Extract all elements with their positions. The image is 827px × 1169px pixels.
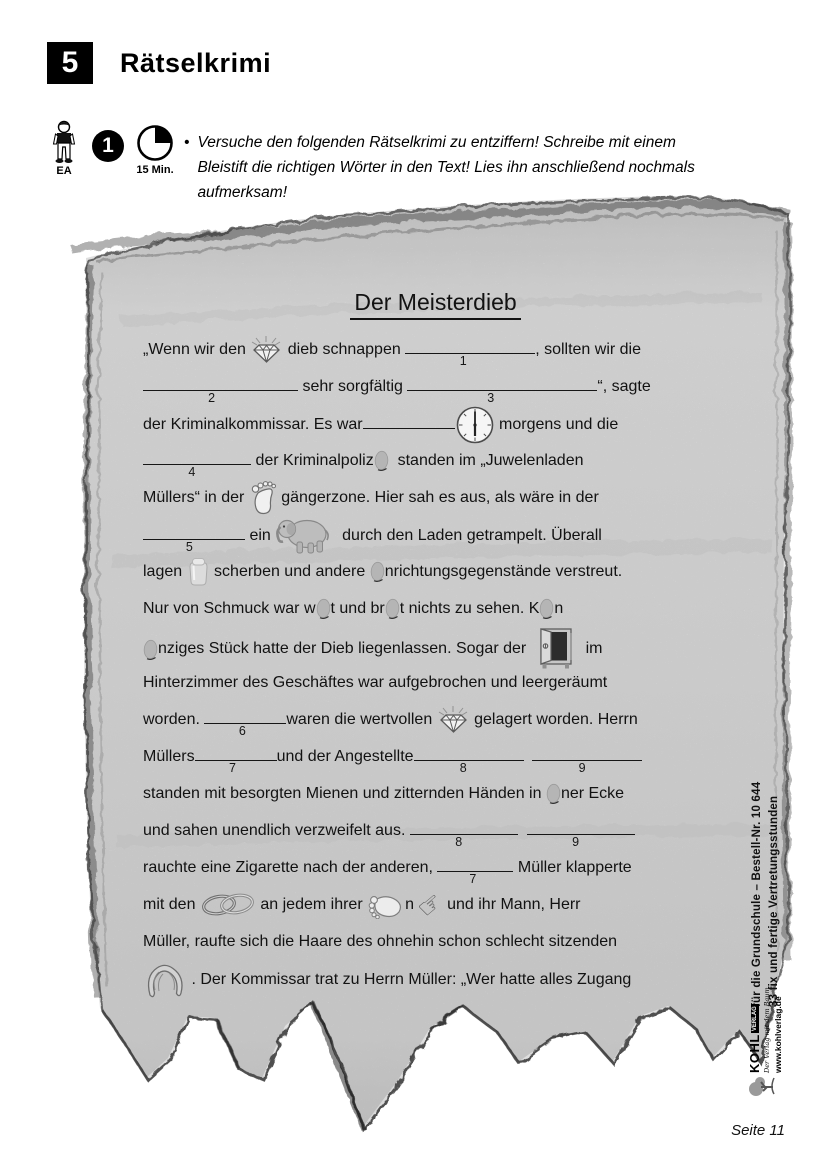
fill-in-blank: 9 (532, 745, 642, 761)
story-text: „Wenn wir den (143, 341, 250, 358)
fill-in-blank: 4 (143, 449, 251, 465)
blank-number: 9 (572, 835, 579, 849)
story-line: worden. 6waren die wertvollen gelagert w… (143, 701, 728, 738)
diamond-icon (437, 706, 470, 733)
story-line: Müllers“ in der gängerzone. Hier sah es … (143, 479, 728, 516)
story-text: nrichtungsgegenstände verstreut. (385, 563, 622, 580)
story-line: . Der Kommissar trat zu Herrn Müller: „W… (143, 960, 728, 997)
blank-number: 8 (460, 761, 467, 775)
story-line: lagen scherben und andere nrichtungsgege… (143, 553, 728, 590)
fill-in-blank: 1 (405, 338, 535, 354)
story-text: dieb schnappen (283, 341, 405, 358)
fill-in-blank (363, 413, 455, 429)
egg-icon (143, 639, 158, 660)
blank-number: 6 (239, 724, 246, 738)
fill-in-blank: 2 (143, 375, 298, 391)
story-line: standen mit besorgten Mienen und zittern… (143, 775, 728, 812)
fill-in-blank: 7 (195, 745, 277, 761)
story-text: sehr sorgfältig (298, 378, 407, 395)
story-line: „Wenn wir den dieb schnappen 1, sollten … (143, 331, 728, 368)
glass-icon (187, 557, 210, 586)
story-text (518, 822, 527, 839)
story-text: n (554, 600, 563, 617)
story-text: Müllers (143, 748, 195, 765)
story-text: gängerzone. Hier sah es aus, als wäre in… (277, 489, 599, 506)
story-text: nziges Stück hatte der Dieb liegenlassen… (158, 640, 531, 657)
page-number: Seite 11 (731, 1122, 785, 1139)
story-text: worden. (143, 711, 204, 728)
story-line: mit den an jedem ihrer n ☞ und ihr Mann,… (143, 886, 728, 923)
egg-icon (370, 561, 385, 582)
blank-number: 4 (188, 465, 195, 479)
story-text: Müllers“ in der (143, 489, 249, 506)
story-line: der Kriminalkommissar. Es war morgens un… (143, 405, 728, 442)
publisher-website: www.kohlverlag.de (773, 987, 783, 1073)
story-text: und sahen unendlich verzweifelt aus. (143, 822, 410, 839)
clock-icon (455, 405, 495, 445)
story-text: morgens und die (495, 416, 619, 433)
blank-number: 1 (460, 354, 467, 368)
diamond-icon (250, 336, 283, 363)
blank-number: 8 (455, 835, 462, 849)
story-text: der Kriminalkommissar. Es war (143, 416, 363, 433)
elephant-icon (275, 516, 333, 556)
story-text: ner Ecke (561, 785, 624, 802)
egg-icon (546, 783, 561, 804)
story-text: rauchte eine Zigarette nach der anderen, (143, 859, 437, 876)
blank-number: 7 (229, 761, 236, 775)
story: Der Meisterdieb „Wenn wir den dieb schna… (143, 284, 728, 997)
sidebar-order-number: für die Grundschule – Bestell-Nr. 10 644 (751, 782, 763, 1007)
story-text: scherben und andere (210, 563, 370, 580)
story-text: Müller, raufte sich die Haare des ohnehi… (143, 933, 617, 950)
publisher-tagline: Der Verlag mit dem Baum (763, 987, 771, 1073)
publisher-logo: KOHL VERLAG Der Verlag mit dem Baum www.… (747, 997, 797, 1097)
story-lines: „Wenn wir den dieb schnappen 1, sollten … (143, 331, 728, 997)
story-text: durch den Laden getrampelt. Überall (333, 527, 602, 544)
egg-icon (374, 450, 389, 471)
egg-icon (385, 598, 400, 619)
fill-in-blank: 8 (414, 745, 524, 761)
story-text: ein (245, 527, 275, 544)
story-title: Der Meisterdieb (143, 284, 728, 321)
story-line: 5 ein durch den Laden getrampelt. Überal… (143, 516, 728, 553)
blank-number: 9 (579, 761, 586, 775)
story-line: Müllers7und der Angestellte8 9 (143, 738, 728, 775)
fill-in-blank: 5 (143, 524, 245, 540)
story-line: Müller, raufte sich die Haare des ohnehi… (143, 923, 728, 960)
story-text: “, sagte (597, 378, 650, 395)
toupee-icon (143, 960, 187, 1000)
story-line: und sahen unendlich verzweifelt aus. 8 9 (143, 812, 728, 849)
blank-number: 7 (469, 872, 476, 886)
fill-in-blank: 3 (407, 375, 597, 391)
story-text: waren die wertvollen (286, 711, 436, 728)
blank-number: 3 (487, 391, 494, 405)
fill-in-blank: 6 (204, 708, 286, 724)
story-text: mit den (143, 896, 200, 913)
story-text: der Kriminalpoliz (251, 452, 374, 469)
story-line: Hinterzimmer des Geschäftes war aufgebro… (143, 664, 728, 701)
story-text: und der Angestellte (277, 748, 414, 765)
publisher-name-2: VERLAG (751, 1004, 759, 1033)
story-text (524, 748, 533, 765)
story-text: , sollten wir die (535, 341, 641, 358)
rings-icon (200, 891, 256, 919)
story-line: nziges Stück hatte der Dieb liegenlassen… (143, 627, 728, 664)
blank-number: 2 (208, 391, 215, 405)
story-line: rauchte eine Zigarette nach der anderen,… (143, 849, 728, 886)
story-text: an jedem ihrer (256, 896, 367, 913)
egg-icon (316, 598, 331, 619)
story-line: 4 der Kriminalpoliz standen im „Juwelenl… (143, 442, 728, 479)
story-text: Nur von Schmuck war w (143, 600, 316, 617)
tree-icon (747, 1075, 777, 1097)
story-text: t nichts zu sehen. K (400, 600, 540, 617)
story-text: und ihr Mann, Herr (443, 896, 581, 913)
story-line: Nur von Schmuck war wt und brt nichts zu… (143, 590, 728, 627)
story-text: standen mit besorgten Mienen und zittern… (143, 785, 546, 802)
story-text: lagen (143, 563, 187, 580)
sidebar-series-title: 33 fix und fertige Vertretungsstunden (768, 796, 780, 1007)
publisher-name: KOHL (747, 1034, 762, 1073)
story-text: standen im „Juwelenladen (389, 452, 584, 469)
story-text: im (577, 640, 603, 657)
story-text: Müller klapperte (513, 859, 631, 876)
foot-icon (249, 480, 277, 516)
egg-icon (539, 598, 554, 619)
toes-icon (367, 891, 405, 919)
fill-in-blank: 9 (527, 819, 635, 835)
story-text: Hinterzimmer des Geschäftes war aufgebro… (143, 674, 607, 691)
story-line: 2 sehr sorgfältig 3“, sagte (143, 368, 728, 405)
story-text: t und br (331, 600, 385, 617)
fill-in-blank: 7 (437, 856, 513, 872)
fill-in-blank: 8 (410, 819, 518, 835)
story-text: gelagert worden. Herrn (470, 711, 638, 728)
story-text: . Der Kommissar trat zu Herrn Müller: „W… (187, 971, 631, 988)
